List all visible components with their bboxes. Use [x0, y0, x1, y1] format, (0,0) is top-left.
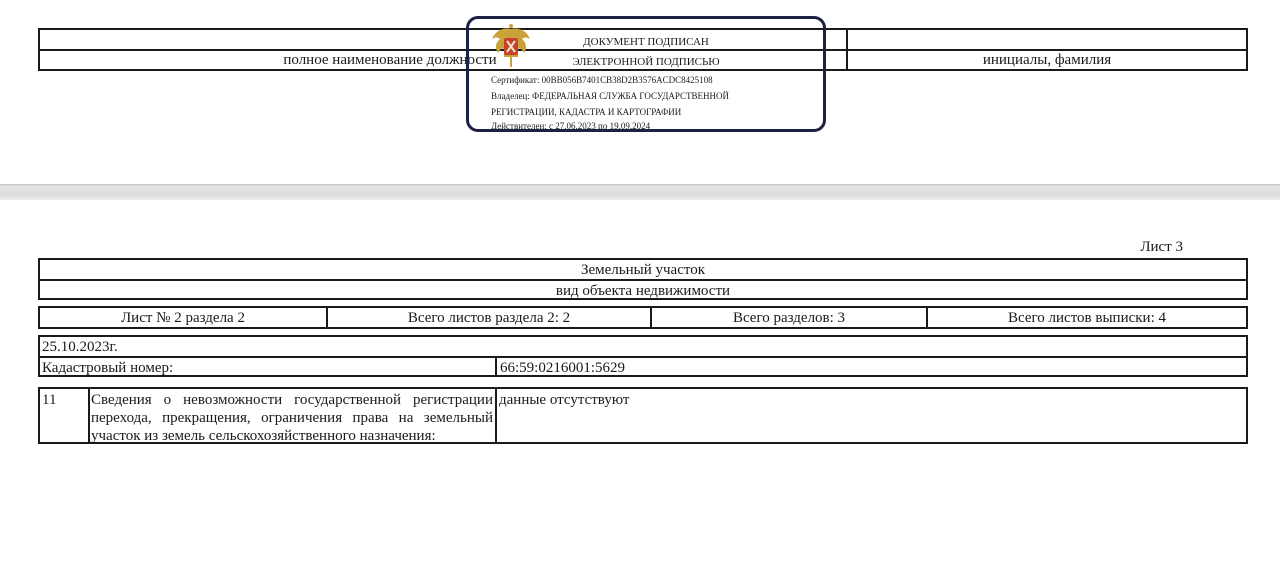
column-divider — [495, 356, 497, 375]
stamp-owner-line1: Владелец: ФЕДЕРАЛЬНАЯ СЛУЖБА ГОСУДАРСТВЕ… — [491, 90, 729, 102]
cadastral-label: Кадастровый номер: — [42, 359, 173, 377]
sheet-info-sections-total: Всего разделов: 3 — [652, 309, 926, 327]
row-divider — [40, 279, 1246, 281]
object-type: Земельный участок — [40, 261, 1246, 279]
sheet-info-section-total: Всего листов раздела 2: 2 — [328, 309, 650, 327]
stamp-owner-line2: РЕГИСТРАЦИИ, КАДАСТРА И КАРТОГРАФИИ — [491, 106, 681, 118]
stamp-title-line1: ДОКУМЕНТ ПОДПИСАН — [469, 36, 823, 48]
row-divider — [40, 356, 1246, 358]
extract-date: 25.10.2023г. — [42, 338, 118, 356]
record-number: 11 — [42, 391, 86, 442]
page-previous: полное наименование должности инициалы, … — [0, 0, 1280, 184]
stamp-validity: Действителен: с 27.06.2023 по 19.09.2024 — [491, 120, 650, 132]
stamp-title-line2: ЭЛЕКТРОННОЙ ПОДПИСЬЮ — [469, 56, 823, 68]
cadastral-table: 25.10.2023г. Кадастровый номер: 66:59:02… — [38, 335, 1248, 377]
sheet-info-section-sheet: Лист № 2 раздела 2 — [40, 309, 326, 327]
object-type-caption: вид объекта недвижимости — [40, 282, 1246, 300]
sheet-number: Лист 3 — [1140, 239, 1183, 256]
object-type-table: Земельный участок вид объекта недвижимос… — [38, 258, 1248, 300]
record-value: данные отсутствуют — [499, 391, 1244, 442]
column-divider — [88, 389, 90, 442]
page-separator — [0, 184, 1280, 200]
record-description: Сведения о невозможности государственной… — [91, 391, 493, 442]
cadastral-number: 66:59:0216001:5629 — [500, 359, 625, 377]
record-table: 11 Сведения о невозможности государствен… — [38, 387, 1248, 444]
name-caption: инициалы, фамилия — [848, 51, 1246, 69]
sheet-info-table: Лист № 2 раздела 2 Всего листов раздела … — [38, 306, 1248, 329]
column-divider — [495, 389, 497, 442]
sheet-info-extract-total: Всего листов выписки: 4 — [928, 309, 1246, 327]
stamp-certificate: Сертификат: 00BB056B7401CB38D2B3576ACDC8… — [491, 74, 713, 86]
electronic-signature-stamp: ДОКУМЕНТ ПОДПИСАН ЭЛЕКТРОННОЙ ПОДПИСЬЮ С… — [466, 16, 826, 132]
